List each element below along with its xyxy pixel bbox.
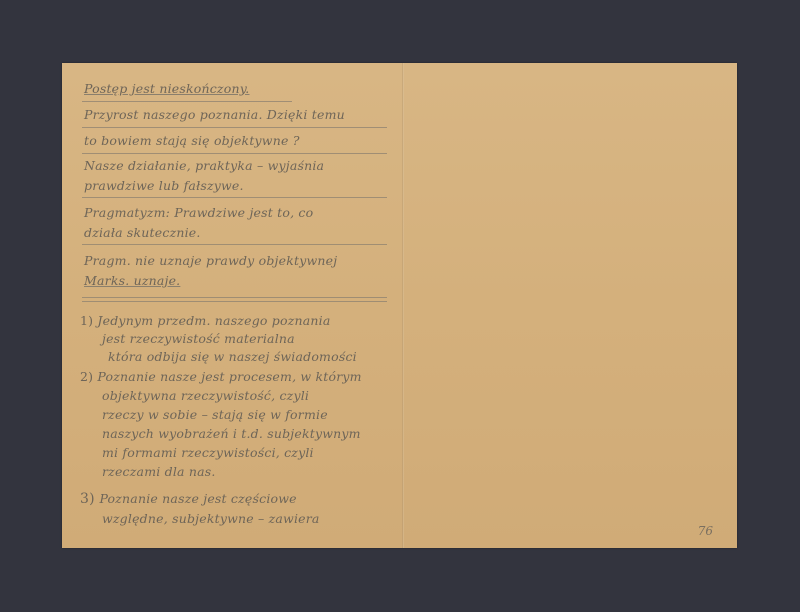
divider — [82, 244, 387, 245]
text-line: prawdziwe lub fałszywe. — [84, 178, 244, 193]
text-line: która odbija się w naszej świadomości — [108, 349, 357, 364]
page-number: 76 — [698, 524, 713, 538]
heading-line: Postęp jest nieskończony. — [84, 81, 249, 96]
text-line: to bowiem stają się objektywne ? — [84, 133, 300, 148]
text-line: objektywna rzeczywistość, czyli — [102, 388, 309, 403]
point-number: 1) — [80, 313, 93, 328]
text-line: działa skutecznie. — [84, 225, 201, 240]
divider — [82, 301, 387, 302]
point-1: 1) Jedynym przedm. naszego poznania — [80, 313, 331, 328]
point-number: 2) — [80, 369, 93, 384]
point-number: 3) — [80, 491, 95, 507]
right-page: 76 — [404, 63, 737, 548]
text-line: Pragmatyzm: Prawdziwe jest to, co — [84, 205, 313, 220]
text-line: Marks. uznaje. — [84, 273, 180, 288]
divider — [82, 197, 387, 198]
text-line: rzeczy w sobie – stają się w formie — [102, 407, 328, 422]
divider — [82, 153, 387, 154]
divider — [82, 127, 387, 128]
point-text: Poznanie nasze jest procesem, w którym — [97, 369, 361, 384]
divider — [82, 101, 292, 102]
text-line: względne, subjektywne – zawiera — [102, 511, 320, 526]
text-line: naszych wyobrażeń i t.d. subjektywnym — [102, 426, 361, 441]
text-line: Przyrost naszego poznania. Dzięki temu — [84, 107, 345, 122]
divider — [82, 297, 387, 298]
left-page: Postęp jest nieskończony. Przyrost nasze… — [62, 63, 402, 548]
point-2: 2) Poznanie nasze jest procesem, w który… — [80, 369, 362, 384]
point-text: Jedynym przedm. naszego poznania — [97, 313, 330, 328]
text-line: mi formami rzeczywistości, czyli — [102, 445, 314, 460]
text-line: jest rzeczywistość materialna — [102, 331, 295, 346]
text-line: Nasze działanie, praktyka – wyjaśnia — [84, 158, 324, 173]
text-line: rzeczami dla nas. — [102, 464, 216, 479]
notebook-spread: Postęp jest nieskończony. Przyrost nasze… — [62, 63, 737, 548]
point-3: 3) Poznanie nasze jest częściowe — [80, 491, 297, 507]
text-line: Pragm. nie uznaje prawdy objektywnej — [84, 253, 337, 268]
point-text: Poznanie nasze jest częściowe — [99, 491, 296, 506]
